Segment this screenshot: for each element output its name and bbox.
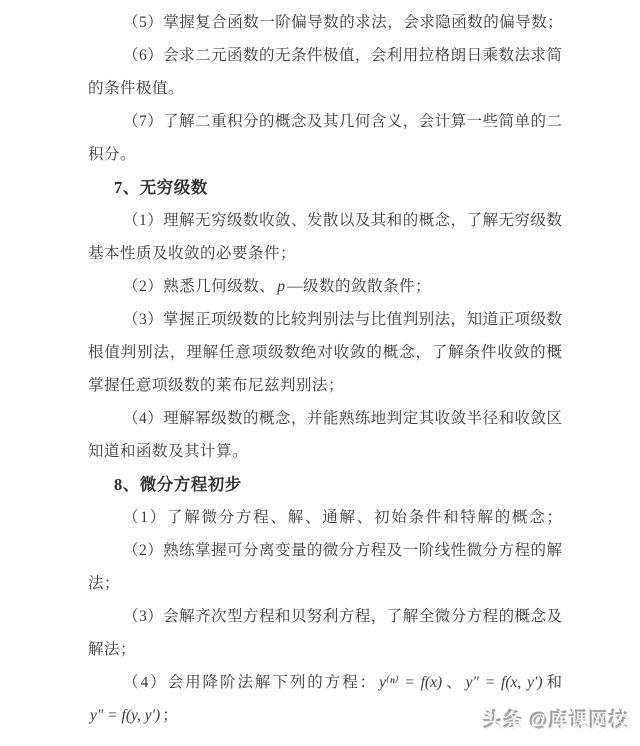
list-item-continuation: 根值判别法，理解任意项级数绝对收敛的概念，了解条件收敛的概念， xyxy=(88,336,562,369)
watermark: 头条 @库课网校 xyxy=(484,706,630,733)
list-item-continuation: 的条件极值。 xyxy=(88,72,562,105)
list-item: （7）了解二重积分的概念及其几何含义，会计算一些简单的二重 xyxy=(88,105,562,138)
math-formula-y2-xy: y″ = f(x, y′) xyxy=(464,674,545,691)
math-formula-y2-yy: y″ = f(y, y′) xyxy=(88,707,162,724)
list-item-text: 和 xyxy=(545,674,562,691)
list-item-text: ； xyxy=(162,707,178,724)
page-body: （5）掌握复合函数一阶偏导数的求法，会求隐函数的偏导数； （6）会求二元函数的无… xyxy=(88,6,562,732)
math-formula-yn: y⁽ⁿ⁾ = f(x) xyxy=(377,674,444,691)
list-item: （1）了解微分方程、解、通解、初始条件和特解的概念； xyxy=(88,501,562,534)
list-item: （5）掌握复合函数一阶偏导数的求法，会求隐函数的偏导数； xyxy=(88,6,562,39)
list-item: （6）会求二元函数的无条件极值，会利用拉格朗日乘数法求简单 xyxy=(88,39,562,72)
list-item-continuation: 法； xyxy=(88,567,562,600)
list-item-continuation: 解法； xyxy=(88,633,562,666)
list-item: （3）会解齐次型方程和贝努利方程，了解全微分方程的概念及其 xyxy=(88,600,562,633)
list-item-text: —级数的敛散条件； xyxy=(287,278,431,295)
list-item-continuation: 基本性质及收敛的必要条件； xyxy=(88,237,562,270)
list-item-continuation: 积分。 xyxy=(88,138,562,171)
list-item-continuation: 知道和函数及其计算。 xyxy=(88,435,562,468)
list-item: （1）理解无穷级数收敛、发散以及其和的概念，了解无穷级数的 xyxy=(88,204,562,237)
list-item: （4）理解幂级数的概念，并能熟练地判定其收敛半径和收敛区间， xyxy=(88,402,562,435)
list-item: （3）掌握正项级数的比较判别法与比值判别法，知道正项级数的 xyxy=(88,303,562,336)
math-p-symbol: p xyxy=(275,278,287,295)
list-item-continuation: 掌握任意项级数的莱布尼兹判别法； xyxy=(88,369,562,402)
section-heading-7: 7、无穷级数 xyxy=(88,171,562,204)
list-item: （2）熟练掌握可分离变量的微分方程及一阶线性微分方程的解 xyxy=(88,534,562,567)
document-page: （5）掌握复合函数一阶偏导数的求法，会求隐函数的偏导数； （6）会求二元函数的无… xyxy=(0,0,640,746)
list-item-p-series: （2）熟悉几何级数、p—级数的敛散条件； xyxy=(88,270,562,303)
list-item-text: （4）会用降阶法解下列的方程： xyxy=(123,674,377,691)
section-heading-8: 8、微分方程初步 xyxy=(88,468,562,501)
list-separator: 、 xyxy=(444,674,463,691)
formula-line: （4）会用降阶法解下列的方程：y⁽ⁿ⁾ = f(x)、y″ = f(x, y′)… xyxy=(88,666,562,699)
list-item-text: （2）熟悉几何级数、 xyxy=(123,278,275,295)
